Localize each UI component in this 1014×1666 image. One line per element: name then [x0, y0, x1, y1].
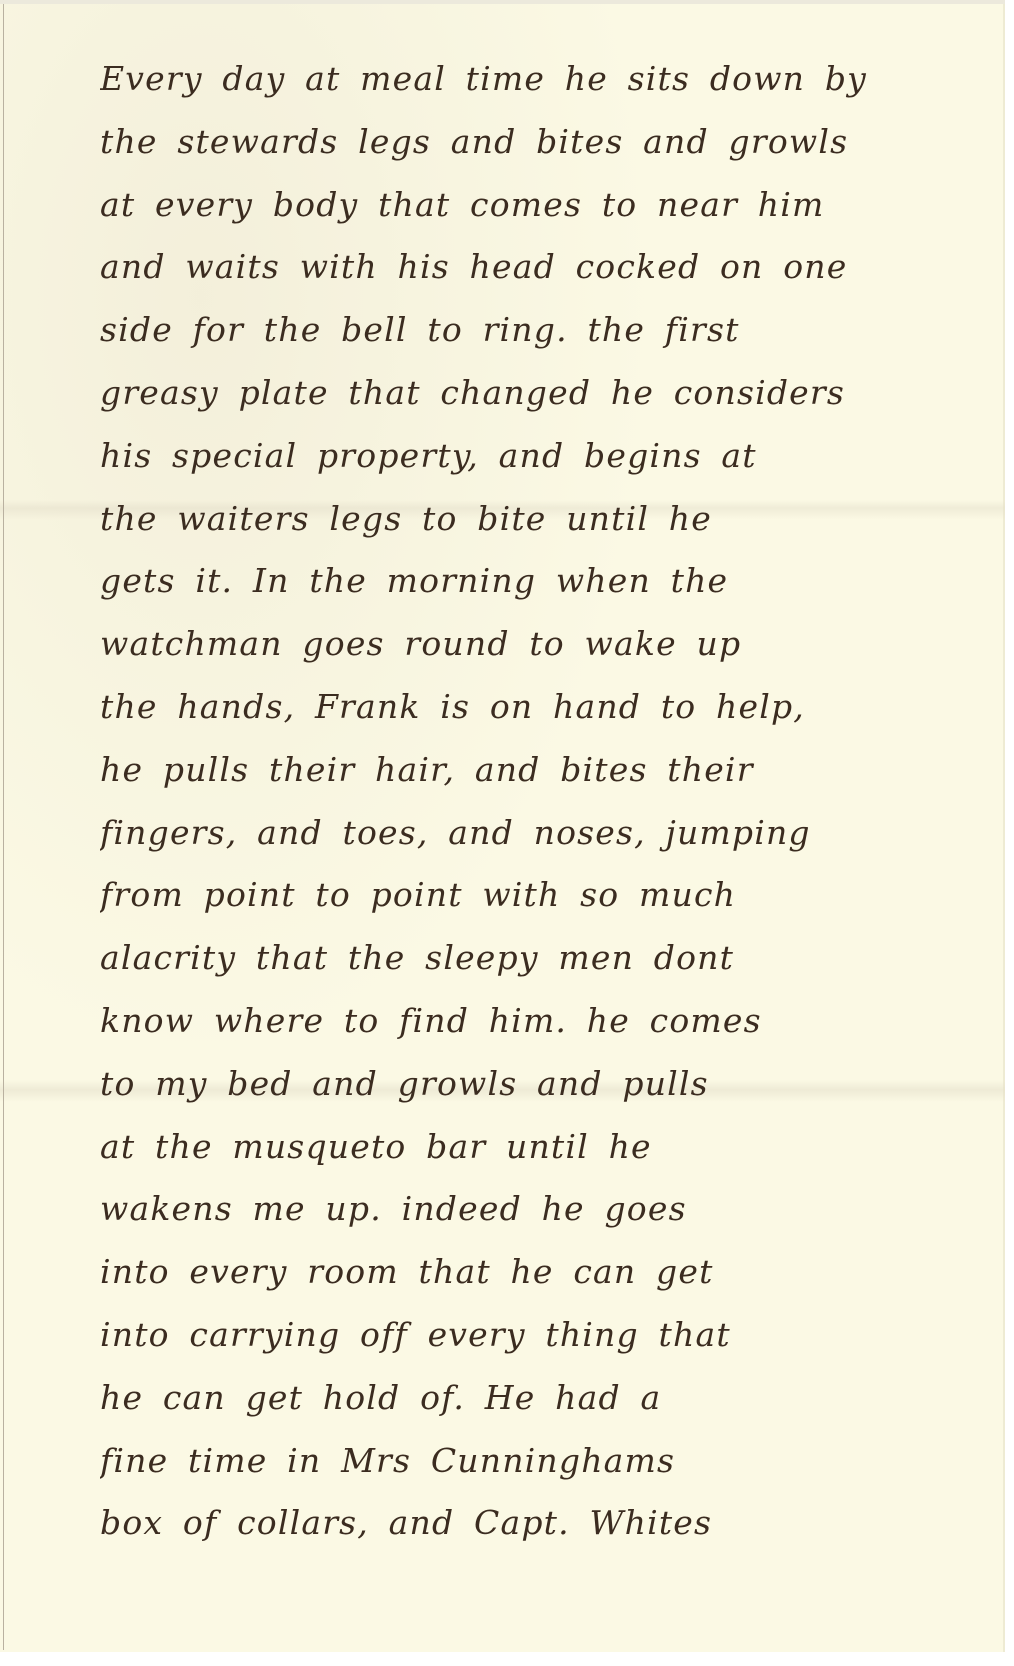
text-line: his special property, and begins at: [100, 425, 990, 488]
text-line: box of collars, and Capt. Whites: [100, 1492, 990, 1555]
text-line: fingers, and toes, and noses, jumping: [100, 802, 990, 865]
text-line: the waiters legs to bite until he: [100, 488, 990, 551]
text-line: the hands, Frank is on hand to help,: [100, 676, 990, 739]
text-line: side for the bell to ring. the first: [100, 299, 990, 362]
text-line: the stewards legs and bites and growls: [100, 111, 990, 174]
text-line: he can get hold of. He had a: [100, 1367, 990, 1430]
text-line: watchman goes round to wake up: [100, 613, 990, 676]
text-line: into carrying off every thing that: [100, 1304, 990, 1367]
text-line: to my bed and growls and pulls: [100, 1053, 990, 1116]
page-top-edge: [0, 0, 1005, 4]
page-left-rule: [3, 4, 4, 1650]
text-line: at every body that comes to near him: [100, 174, 990, 237]
text-line: into every room that he can get: [100, 1241, 990, 1304]
text-line: from point to point with so much: [100, 864, 990, 927]
text-line: and waits with his head cocked on one: [100, 236, 990, 299]
text-line: Every day at meal time he sits down by: [100, 48, 990, 111]
text-line: at the musqueto bar until he: [100, 1116, 990, 1179]
text-line: wakens me up. indeed he goes: [100, 1178, 990, 1241]
text-line: fine time in Mrs Cunninghams: [100, 1430, 990, 1493]
text-line: alacrity that the sleepy men dont: [100, 927, 990, 990]
text-line: gets it. In the morning when the: [100, 550, 990, 613]
text-line: know where to find him. he comes: [100, 990, 990, 1053]
handwritten-text-block: Every day at meal time he sits down by t…: [100, 48, 990, 1555]
text-line: he pulls their hair, and bites their: [100, 739, 990, 802]
text-line: greasy plate that changed he considers: [100, 362, 990, 425]
letter-page: Every day at meal time he sits down by t…: [0, 0, 1005, 1652]
